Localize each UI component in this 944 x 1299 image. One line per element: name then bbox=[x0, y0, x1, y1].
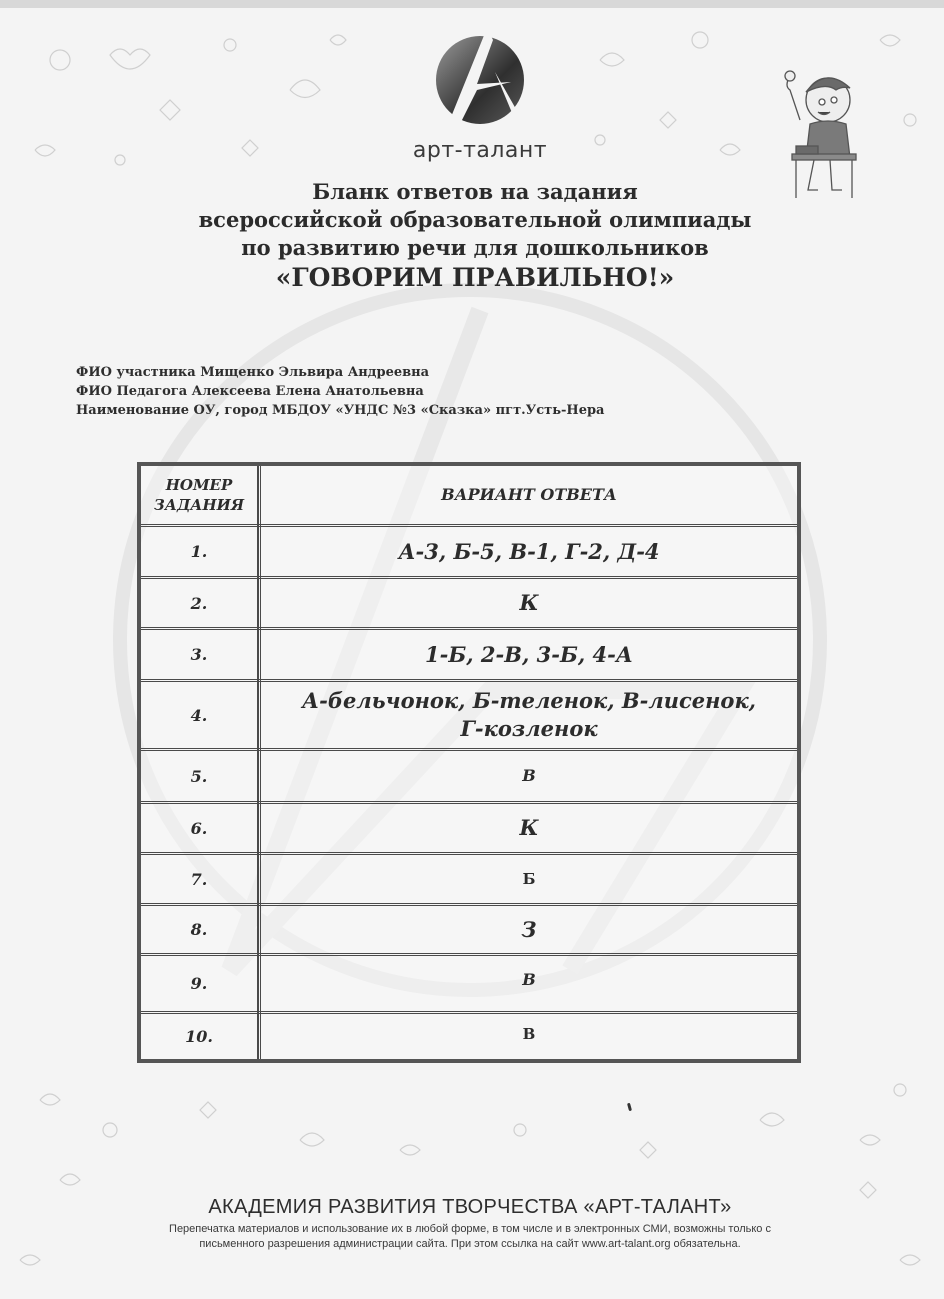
title-line-2: всероссийской образовательной олимпиады bbox=[150, 206, 800, 234]
teacher-name-line: ФИО Педагога Алексеева Елена Анатольевна bbox=[76, 382, 604, 401]
header-task-number: НОМЕР ЗАДАНИЯ bbox=[141, 466, 257, 524]
table-row: 1. А-3, Б-5, В-1, Г-2, Д-4 bbox=[141, 524, 797, 576]
task-answer: А-3, Б-5, В-1, Г-2, Д-4 bbox=[261, 527, 797, 576]
task-answer: В bbox=[261, 751, 797, 801]
task-answer: В bbox=[261, 1014, 797, 1059]
table-row: 6. К bbox=[141, 801, 797, 852]
task-answer: Б bbox=[261, 855, 797, 903]
art-talant-logo-icon bbox=[415, 20, 545, 130]
table-header-row: НОМЕР ЗАДАНИЯ ВАРИАНТ ОТВЕТА bbox=[141, 466, 797, 524]
task-answer: А-бельчонок, Б-теленок, В-лисенок, Г-коз… bbox=[261, 682, 797, 748]
table-row: 3. 1-Б, 2-В, 3-Б, 4-А bbox=[141, 627, 797, 679]
column-divider bbox=[257, 466, 261, 1059]
task-answer: З bbox=[261, 906, 797, 953]
task-answer: К bbox=[261, 804, 797, 852]
copyright-line-2: письменного разрешения администрации сай… bbox=[100, 1237, 840, 1252]
footer-organization: АКАДЕМИЯ РАЗВИТИЯ ТВОРЧЕСТВА «АРТ-ТАЛАНТ… bbox=[100, 1196, 840, 1219]
task-number: 9. bbox=[141, 956, 257, 1011]
task-answer: В bbox=[261, 956, 797, 1011]
table-row: 7. Б bbox=[141, 852, 797, 903]
task-answer: 1-Б, 2-В, 3-Б, 4-А bbox=[261, 630, 797, 679]
table-row: 8. З bbox=[141, 903, 797, 953]
task-number: 3. bbox=[141, 630, 257, 679]
scan-speck bbox=[627, 1103, 632, 1112]
answers-table: НОМЕР ЗАДАНИЯ ВАРИАНТ ОТВЕТА 1. А-3, Б-5… bbox=[137, 462, 801, 1063]
task-number: 6. bbox=[141, 804, 257, 852]
student-name-line: ФИО участника Мищенко Эльвира Андреевна bbox=[76, 363, 604, 382]
logo-text: арт-талант bbox=[380, 138, 580, 163]
task-number: 10. bbox=[141, 1014, 257, 1059]
table-row: 4. А-бельчонок, Б-теленок, В-лисенок, Г-… bbox=[141, 679, 797, 748]
title-line-3: по развитию речи для дошкольников bbox=[150, 234, 800, 262]
task-number: 2. bbox=[141, 579, 257, 627]
task-number: 7. bbox=[141, 855, 257, 903]
task-number: 8. bbox=[141, 906, 257, 953]
copyright-line-1: Перепечатка материалов и использование и… bbox=[100, 1222, 840, 1237]
table-row: 5. В bbox=[141, 748, 797, 801]
title-line-1: Бланк ответов на задания bbox=[150, 178, 800, 206]
task-number: 1. bbox=[141, 527, 257, 576]
table-row: 2. К bbox=[141, 576, 797, 627]
task-answer: К bbox=[261, 579, 797, 627]
olympiad-name: «ГОВОРИМ ПРАВИЛЬНО!» bbox=[150, 262, 800, 294]
header-answer: ВАРИАНТ ОТВЕТА bbox=[261, 466, 797, 524]
task-number: 5. bbox=[141, 751, 257, 801]
scan-top-edge bbox=[0, 0, 944, 8]
table-row: 9. В bbox=[141, 953, 797, 1011]
school-name-line: Наименование ОУ, город МБДОУ «УНДС №3 «С… bbox=[76, 401, 604, 420]
task-number: 4. bbox=[141, 682, 257, 748]
participant-info: ФИО участника Мищенко Эльвира Андреевна … bbox=[76, 363, 604, 420]
form-title: Бланк ответов на задания всероссийской о… bbox=[150, 178, 800, 294]
footer-copyright: Перепечатка материалов и использование и… bbox=[100, 1222, 840, 1252]
table-row: 10. В bbox=[141, 1011, 797, 1059]
